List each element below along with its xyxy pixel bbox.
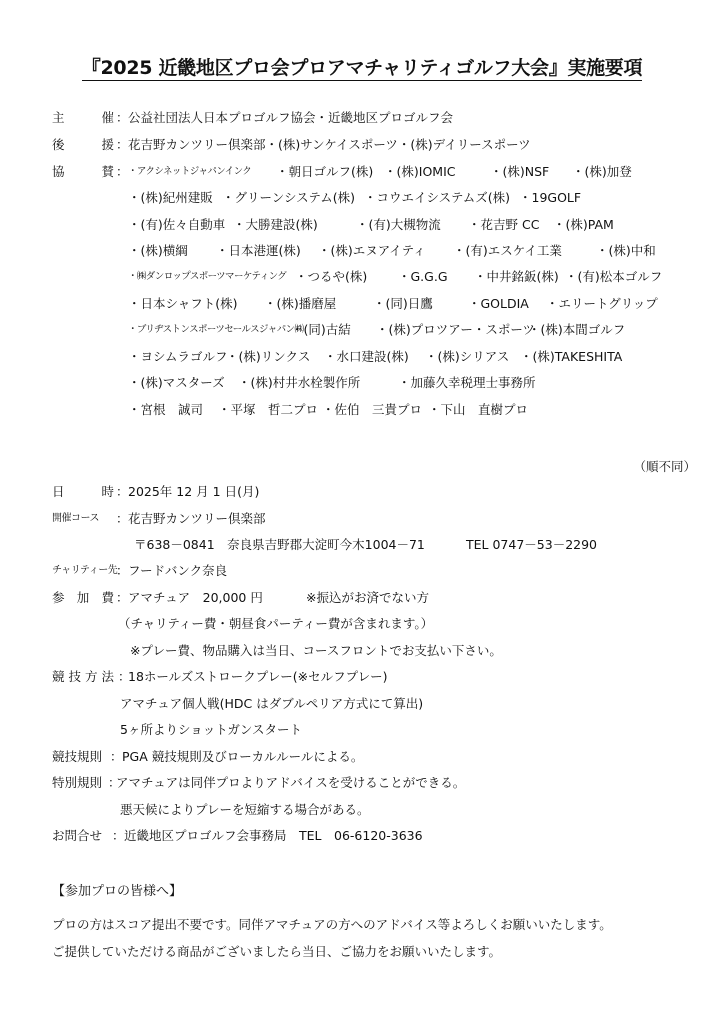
sponsor-item: ・(有)大槻物流 <box>356 216 441 234</box>
sponsor-item: ・加藤久幸税理士事務所 <box>398 374 536 392</box>
pro-notice-heading: 【参加プロの皆様へ】 <box>52 880 182 899</box>
sponsor-item: ・(株)横綱 <box>128 242 188 260</box>
colon: ： <box>116 163 129 181</box>
fee-note: ※振込がお済でない方 <box>306 589 429 607</box>
rules-label: 競技規則 <box>52 748 114 766</box>
sponsor-item: ・(株)TAKESHITA <box>520 348 622 366</box>
fee-row: 参 加 費 ： アマチュア 20,000 円 ※振込がお済でない方 <box>52 589 704 607</box>
course-tel: TEL 0747－53－2290 <box>466 536 597 554</box>
sponsors-label: 協 賛 <box>52 163 114 181</box>
sponsor-item: ・(株)NSF <box>490 163 549 181</box>
sponsor-item: ・(株)村井水栓製作所 <box>238 374 360 392</box>
course-address-row: 〒638－0841 奈良県吉野郡大淀町今木1004－71 TEL 0747－53… <box>52 536 704 554</box>
host-row: 主 催 ： 公益社団法人日本プロゴルフ協会・近畿地区プロゴルフ会 <box>52 109 704 127</box>
course-value: 花吉野カンツリー倶楽部 <box>128 510 266 528</box>
fee-payment-row: ※プレー費、物品購入は当日、コースフロントでお支払い下さい。 <box>52 642 704 660</box>
label-char: 参 <box>52 589 65 607</box>
sponsor-item: ・(株)エヌアイティ <box>318 242 426 260</box>
special-rules-row: 特別規則 ： アマチュアは同伴プロよりアドバイスを受けることができる。 <box>52 774 704 792</box>
course-address: 〒638－0841 奈良県吉野郡大淀町今木1004－71 <box>134 536 425 554</box>
charity-label: チャリティー先 <box>52 562 114 580</box>
charity-row: チャリティー先 ： フードバンク奈良 <box>52 562 704 580</box>
support-value: 花吉野カンツリー倶楽部・(株)サンケイスポーツ・(株)デイリースポーツ <box>128 136 531 154</box>
colon: ： <box>116 483 129 501</box>
sponsor-item: ・(株)紀州建販 <box>128 189 213 207</box>
special-rules-label: 特別規則 <box>52 774 114 792</box>
label-char: 賛 <box>101 163 114 181</box>
label-char: 援 <box>101 136 114 154</box>
sponsor-item: ・宮根 誠司 <box>128 401 203 419</box>
sponsor-item: ・エリートグリップ <box>546 295 658 313</box>
format-line: 18ホールズストロークプレー(※セルフプレー) <box>128 668 388 686</box>
colon: ： <box>110 748 123 766</box>
special-rules-row-2: 悪天候によりプレーを短縮する場合がある。 <box>52 801 704 819</box>
sponsor-item: ・(株)播磨屋 <box>264 295 336 313</box>
sponsor-item: ・下山 直樹プロ <box>428 401 528 419</box>
sponsor-item: ・(有)エスケイ工業 <box>453 242 562 260</box>
sponsor-item: ・グリーンシステム(株) <box>222 189 355 207</box>
sponsor-item: ・(株)本間ゴルフ <box>528 321 625 339</box>
document-title: 『2025 近畿地区プロ会プロアマチャリティゴルフ大会』実施要項 <box>0 53 724 80</box>
sponsor-item: ・(株)中和 <box>596 242 656 260</box>
colon: ： <box>116 109 129 127</box>
support-label: 後 援 <box>52 136 114 154</box>
sponsor-item: ・GOLDIA <box>468 295 529 313</box>
label-char: 競 <box>52 668 65 686</box>
sponsor-item: ・G.G.G <box>398 268 448 286</box>
sponsor-item: ・日本港運(株) <box>216 242 301 260</box>
colon: ： <box>116 589 129 607</box>
colon: ： <box>116 136 129 154</box>
sponsor-item: ・コウエイシステムズ(株) <box>364 189 510 207</box>
date-row: 日 時 ： 2025年 12 月 1 日(月) <box>52 483 704 501</box>
sponsor-item: ・アクシネットジャパンインク <box>128 163 251 181</box>
sponsor-item: ・(株)マスターズ <box>128 374 225 392</box>
sponsor-item: ・中井銘鈑(株) <box>474 268 559 286</box>
sponsor-item: ・㈱ダンロップスポーツマーケティング <box>128 268 286 286</box>
date-label: 日 時 <box>52 483 114 501</box>
format-label: 競 技 方 法 <box>52 668 114 686</box>
contact-label: お問合せ <box>52 827 114 845</box>
special-rules-line: 悪天候によりプレーを短縮する場合がある。 <box>120 801 370 819</box>
sponsor-item: ・佐伯 三貴プロ <box>322 401 422 419</box>
format-row: 競 技 方 法 ： 18ホールズストロークプレー(※セルフプレー) <box>52 668 704 686</box>
sponsor-item: ・(株)シリアス <box>425 348 509 366</box>
sponsor-item: ・水口建設(株) <box>324 348 409 366</box>
charity-value: フードバンク奈良 <box>128 562 227 580</box>
contact-value: 近畿地区プロゴルフ会事務局 TEL 06-6120-3636 <box>124 827 423 845</box>
pro-notice-line: ご提供していただける商品がございましたら当日、ご協力をお願いいたします。 <box>52 942 501 960</box>
host-value: 公益社団法人日本プロゴルフ協会・近畿地区プロゴルフ会 <box>128 109 453 127</box>
host-label: 主 催 <box>52 109 114 127</box>
date-value: 2025年 12 月 1 日(月) <box>128 483 259 501</box>
label-char: 費 <box>101 589 114 607</box>
sponsor-item: ・(株)リンクス <box>226 348 310 366</box>
sponsor-item: ・19GOLF <box>519 189 581 207</box>
contact-row: お問合せ ： 近畿地区プロゴルフ会事務局 TEL 06-6120-3636 <box>52 827 704 845</box>
support-row: 後 援 ： 花吉野カンツリー倶楽部・(株)サンケイスポーツ・(株)デイリースポー… <box>52 136 704 154</box>
sponsor-item: ・(株)加登 <box>572 163 632 181</box>
rules-value: PGA 競技規則及びローカルルールによる。 <box>122 748 363 766</box>
label-char: 催 <box>101 109 114 127</box>
format-row-3: 5ヶ所よりショットガンスタート <box>52 721 704 739</box>
special-rules-line: アマチュアは同伴プロよりアドバイスを受けることができる。 <box>116 774 465 792</box>
sponsor-item: ・(株)プロツアー・スポーツ <box>376 321 535 339</box>
label-char: 協 <box>52 163 65 181</box>
fee-included-row: （チャリティー費・朝昼食パーティー費が含まれます。） <box>52 615 704 633</box>
sponsor-item: ・(株)PAM <box>553 216 614 234</box>
fee-included: （チャリティー費・朝昼食パーティー費が含まれます。） <box>118 615 433 633</box>
colon: ： <box>112 827 125 845</box>
label-char: 後 <box>52 136 65 154</box>
rules-row: 競技規則 ： PGA 競技規則及びローカルルールによる。 <box>52 748 704 766</box>
sponsor-item: ・朝日ゴルフ(株) <box>276 163 373 181</box>
sponsor-item: ・ヨシムラゴルフ <box>128 348 228 366</box>
label-char: 日 <box>52 483 65 501</box>
sponsor-item: ・平塚 哲二プロ <box>218 401 318 419</box>
label-char: 加 <box>77 589 90 607</box>
label-char: 方 <box>85 668 98 686</box>
label-char: 主 <box>52 109 65 127</box>
fee-value: アマチュア 20,000 円 <box>128 589 263 607</box>
sponsor-item: ・(同)日鷹 <box>373 295 433 313</box>
format-line: アマチュア個人戦(HDC はダブルペリア方式にて算出) <box>120 695 423 713</box>
course-label: 開催コース <box>52 510 114 528</box>
sponsor-item: ・(有)松本ゴルフ <box>565 268 662 286</box>
pro-notice-line: プロの方はスコア提出不要です。同伴アマチュアの方へのアドバイス等よろしくお願いい… <box>52 915 612 933</box>
sponsor-item: ・ブリヂストンスポーツセールスジャパン㈱ <box>128 321 303 339</box>
fee-label: 参 加 費 <box>52 589 114 607</box>
sponsor-item: ・(同)古結 <box>291 321 351 339</box>
colon: ： <box>116 562 129 580</box>
sponsor-item: ・日本シャフト(株) <box>128 295 238 313</box>
order-note: （順不同） <box>633 457 696 475</box>
title-text: 『2025 近畿地区プロ会プロアマチャリティゴルフ大会』実施要項 <box>82 57 642 81</box>
course-row: 開催コース ： 花吉野カンツリー倶楽部 <box>52 510 704 528</box>
fee-payment-note: ※プレー費、物品購入は当日、コースフロントでお支払い下さい。 <box>130 642 502 660</box>
format-row-2: アマチュア個人戦(HDC はダブルペリア方式にて算出) <box>52 695 704 713</box>
sponsor-item: ・花吉野 CC <box>468 216 539 234</box>
format-line: 5ヶ所よりショットガンスタート <box>120 721 302 739</box>
sponsor-item: ・(有)佐々自動車 <box>128 216 225 234</box>
colon: ： <box>116 510 129 528</box>
sponsor-item: ・つるや(株) <box>295 268 367 286</box>
sponsor-item: ・(株)IOMIC <box>384 163 455 181</box>
label-char: 時 <box>101 483 114 501</box>
label-char: 技 <box>68 668 81 686</box>
label-char: 法 <box>101 668 114 686</box>
sponsor-item: ・大勝建設(株) <box>233 216 318 234</box>
